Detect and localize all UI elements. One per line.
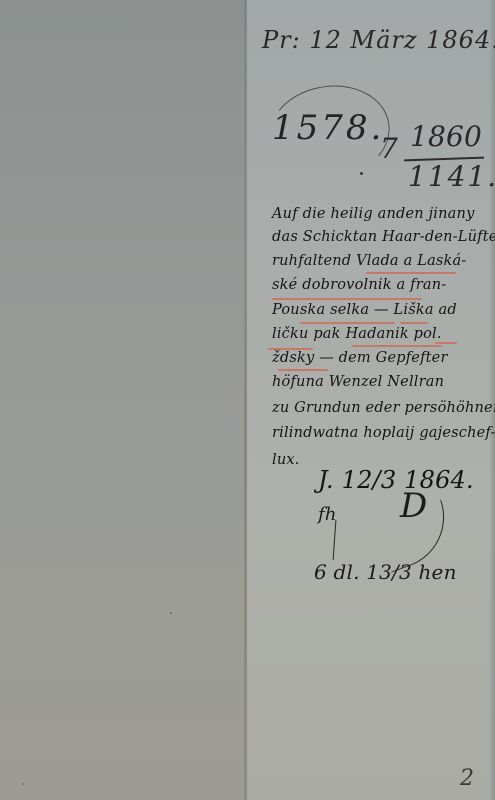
- body-line: zu Grundun eder persöhöhnen: [272, 400, 495, 416]
- red-pencil-underline: [278, 369, 328, 371]
- document-page: Pr: 12 März 1864. 1578. 7 1860 1141. Auf…: [0, 0, 495, 800]
- body-line: Auf die heilig anden jinany: [272, 206, 474, 222]
- body-line: ždsky — dem Gepfefter: [272, 350, 448, 366]
- paper-speck: [170, 612, 172, 614]
- closing-date: J. 12/3 1864.: [318, 466, 474, 494]
- red-pencil-underline: [400, 322, 428, 324]
- red-pencil-underline: [272, 298, 422, 300]
- paper-speck: [22, 783, 24, 785]
- clerk-initials: fh: [318, 504, 337, 525]
- body-line: lux.: [272, 452, 300, 468]
- red-pencil-underline: [300, 322, 395, 324]
- file-reference-number: 1141.: [408, 160, 495, 193]
- received-date: Pr: 12 März 1864.: [262, 26, 495, 54]
- body-line: ské dobrovolnik a fran-: [272, 277, 446, 293]
- red-pencil-underline: [352, 345, 442, 347]
- body-line: höfuna Wenzel Nellran: [272, 374, 444, 390]
- register-number: 1578.: [272, 108, 384, 148]
- red-pencil-underline: [366, 272, 456, 274]
- expedition-note: 6 dl. 13/3 hen: [314, 560, 457, 584]
- file-reference-prefix: 7: [380, 132, 398, 165]
- red-pencil-underline: [435, 342, 457, 344]
- file-reference-year: 1860: [410, 120, 482, 153]
- left-blank-leaf: [0, 0, 244, 800]
- ink-dot: [360, 172, 363, 175]
- page-mark: 2: [460, 766, 474, 791]
- body-line: ruhfaltend Vlada a Laská-: [272, 253, 466, 269]
- body-line: rilindwatna hoplaij gajeschef-: [272, 425, 495, 441]
- body-line: ličku pak Hadanik pol.: [272, 326, 442, 342]
- body-line: das Schicktan Haar-den-Lüfteln: [272, 229, 495, 245]
- body-line: Pouska selka — Liška ad: [272, 302, 457, 318]
